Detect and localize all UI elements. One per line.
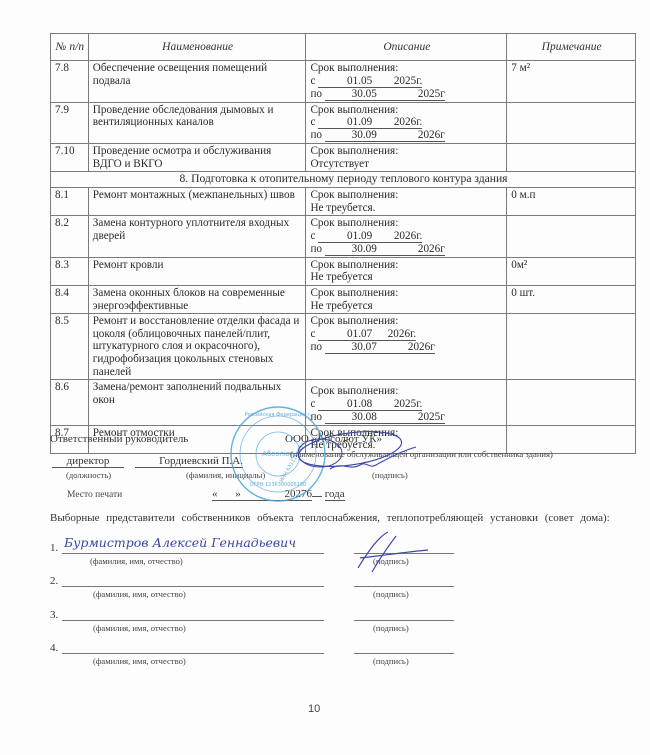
section-header-row: 8. Подготовка к отопительному периоду те… xyxy=(51,172,636,188)
row-num: 8.5 xyxy=(51,314,89,380)
from-prefix: с xyxy=(310,328,315,340)
row-name: Проведение обследования дымовых и вентил… xyxy=(88,102,306,144)
rep-2-num: 2. xyxy=(50,575,58,587)
works-table: № п/п Наименование Описание Примечание 7… xyxy=(50,33,636,454)
to-date: 30.05 xyxy=(325,89,377,101)
from-suffix: г. xyxy=(416,117,422,129)
from-suffix: г. xyxy=(416,231,422,243)
desc-label: Срок выполнения: xyxy=(310,62,503,75)
row-description: Срок выполнения: с 01.052025г. по 30.052… xyxy=(306,61,507,103)
date-from: с 01.092026г. xyxy=(310,116,503,129)
to-date: 30.09 xyxy=(325,244,377,256)
from-prefix: с xyxy=(310,398,315,410)
desc-label: Срок выполнения: xyxy=(310,189,503,202)
desc-text: Не треубется. xyxy=(310,202,503,215)
row-name: Замена оконных блоков на современные эне… xyxy=(88,285,306,313)
row-num: 8.6 xyxy=(51,380,89,426)
rep-1-num: 1. xyxy=(50,542,58,554)
table-row: 8.3 Ремонт кровли Срок выполнения: Не тр… xyxy=(51,257,636,285)
table-row: 8.1 Ремонт монтажных (межпанельных) швов… xyxy=(51,187,636,215)
rep-3-name-line xyxy=(62,620,324,621)
row-num: 7.10 xyxy=(51,144,89,172)
table-header: № п/п Наименование Описание Примечание xyxy=(51,34,636,61)
rep-2-name-line xyxy=(62,586,324,587)
row-note: 0м² xyxy=(507,257,636,285)
row-description: Срок выполнения: Не требуется xyxy=(306,285,507,313)
date-suffix: года xyxy=(325,489,345,501)
row-num: 7.8 xyxy=(51,61,89,103)
desc-label: Срок выполнения: xyxy=(310,385,503,398)
to-year: 2026г xyxy=(377,342,435,354)
person-caption: (фамилия, инициалы) xyxy=(186,470,265,480)
date-to: по 30.072026г xyxy=(310,341,503,354)
row-name: Замена контурного уплотнителя входных дв… xyxy=(88,216,306,258)
from-year: 2025 xyxy=(372,76,416,88)
table-row: 7.8 Обеспечение освещения помещений подв… xyxy=(51,61,636,103)
to-date: 30.09 xyxy=(325,130,377,142)
date-from: с 01.092026г. xyxy=(310,230,503,243)
rep-3-name-caption: (фамилия, имя, отчество) xyxy=(93,623,186,633)
row-note: 0 шт. xyxy=(507,285,636,313)
date-close-quote: » xyxy=(234,489,242,501)
date-to: по 30.092026г xyxy=(310,243,503,256)
rep-4-num: 4. xyxy=(50,642,58,654)
to-date: 30.08 xyxy=(325,412,377,424)
date-to: по 30.082025г xyxy=(310,411,503,424)
row-num: 8.2 xyxy=(51,216,89,258)
rep-4-name-caption: (фамилия, имя, отчество) xyxy=(93,656,186,666)
header-num: № п/п xyxy=(51,34,89,61)
to-prefix: по xyxy=(310,129,322,141)
rep-3-num: 3. xyxy=(50,609,58,621)
date-from: с 01.052025г. xyxy=(310,75,503,88)
to-year: 2025г xyxy=(377,412,445,424)
row-note: 0 м.п xyxy=(507,187,636,215)
table-row: 8.2 Замена контурного уплотнителя входны… xyxy=(51,216,636,258)
desc-text: Отсутствует xyxy=(310,158,503,171)
from-suffix: г. xyxy=(416,399,422,411)
from-year: 2025 xyxy=(372,399,416,411)
row-description: Срок выполнения: Отсутствует xyxy=(306,144,507,172)
date-from: с 01.082025г. xyxy=(310,398,503,411)
date-gap xyxy=(312,496,322,497)
rep-1-handwritten-name: Бурмистров Алексей Геннадьевич xyxy=(64,535,296,550)
page-number: 10 xyxy=(308,703,320,715)
to-prefix: по xyxy=(310,411,322,423)
position-line: директор xyxy=(52,455,124,468)
to-prefix: по xyxy=(310,243,322,255)
table-row: 8.6 Замена/ремонт заполнений подвальных … xyxy=(51,380,636,426)
row-name: Замена/ремонт заполнений подвальных окон xyxy=(88,380,306,426)
to-year: 2025г xyxy=(377,89,445,101)
date-to: по 30.052025г xyxy=(310,88,503,101)
row-note xyxy=(507,102,636,144)
row-description: Срок выполнения: с 01.082025г. по 30.082… xyxy=(306,380,507,426)
rep-1-signature-icon xyxy=(350,528,430,578)
row-note xyxy=(507,216,636,258)
date-year: 20276 xyxy=(242,489,312,501)
table-row: 8.4 Замена оконных блоков на современные… xyxy=(51,285,636,313)
row-description: Срок выполнения: Не требуется xyxy=(306,257,507,285)
table-row: 8.5 Ремонт и восстановление отделки фаса… xyxy=(51,314,636,380)
from-year: 2026 xyxy=(372,117,416,129)
position-caption: (должность) xyxy=(66,470,111,480)
desc-label: Срок выполнения: xyxy=(310,315,503,328)
from-date: 01.09 xyxy=(318,117,372,129)
desc-text: Не требуется xyxy=(310,271,503,284)
stamp-place-label: Место печати xyxy=(67,490,122,500)
to-year: 2026г xyxy=(377,244,445,256)
desc-text: Не требуется xyxy=(310,300,503,313)
document-page: № п/п Наименование Описание Примечание 7… xyxy=(0,0,650,755)
row-note xyxy=(507,380,636,426)
row-description: Срок выполнения: Не треубется. xyxy=(306,187,507,215)
row-name: Ремонт монтажных (межпанельных) швов xyxy=(88,187,306,215)
rep-4-name-line xyxy=(62,653,324,654)
from-suffix: г. xyxy=(416,76,422,88)
from-year: 2026 xyxy=(372,231,416,243)
row-num: 8.1 xyxy=(51,187,89,215)
header-name: Наименование xyxy=(88,34,306,61)
table-row: 7.10 Проведение осмотра и обслуживания В… xyxy=(51,144,636,172)
date-to: по 30.092026г xyxy=(310,129,503,142)
from-year: 2026г. xyxy=(372,329,416,341)
row-num: 8.3 xyxy=(51,257,89,285)
rep-4-sign-line xyxy=(354,653,454,654)
rep-1-name-line xyxy=(62,553,324,554)
desc-label: Срок выполнения: xyxy=(310,104,503,117)
row-note: 7 м² xyxy=(507,61,636,103)
row-description: Срок выполнения: с 01.072026г. по 30.072… xyxy=(306,314,507,380)
desc-label: Срок выполнения: xyxy=(310,217,503,230)
from-date: 01.08 xyxy=(318,399,372,411)
row-description: Срок выполнения: с 01.092026г. по 30.092… xyxy=(306,102,507,144)
row-num: 7.9 xyxy=(51,102,89,144)
responsible-label: Ответственный руководитель xyxy=(50,433,188,445)
from-prefix: с xyxy=(310,116,315,128)
section-8-title: 8. Подготовка к отопительному периоду те… xyxy=(51,172,636,188)
from-date: 01.09 xyxy=(318,231,372,243)
row-name: Проведение осмотра и обслуживания ВДГО и… xyxy=(88,144,306,172)
from-date: 01.07 xyxy=(318,329,372,341)
header-note: Примечание xyxy=(507,34,636,61)
person-name: Гордиевский П.А. xyxy=(135,456,243,468)
row-name: Ремонт кровли xyxy=(88,257,306,285)
rep-2-sign-line xyxy=(354,586,454,587)
to-prefix: по xyxy=(310,341,322,353)
desc-label: Срок выполнения: xyxy=(310,145,503,158)
row-name: Обеспечение освещения помещений подвала xyxy=(88,61,306,103)
sign-date: «»20276 года xyxy=(212,488,345,501)
rep-2-name-caption: (фамилия, имя, отчество) xyxy=(93,589,186,599)
row-note xyxy=(507,314,636,380)
table-row: 7.9 Проведение обследования дымовых и ве… xyxy=(51,102,636,144)
to-year: 2026г xyxy=(377,130,445,142)
row-num: 8.4 xyxy=(51,285,89,313)
header-description: Описание xyxy=(306,34,507,61)
position-value: директор xyxy=(52,456,124,468)
from-prefix: с xyxy=(310,75,315,87)
to-prefix: по xyxy=(310,88,322,100)
rep-4-sign-caption: (подпись) xyxy=(373,656,409,666)
desc-label: Срок выполнения: xyxy=(310,287,503,300)
rep-3-sign-caption: (подпись) xyxy=(373,623,409,633)
row-description: Срок выполнения: с 01.092026г. по 30.092… xyxy=(306,216,507,258)
rep-2-sign-caption: (подпись) xyxy=(373,589,409,599)
date-from: с 01.072026г. xyxy=(310,328,503,341)
to-date: 30.07 xyxy=(325,342,377,354)
from-prefix: с xyxy=(310,230,315,242)
rep-1-name-caption: (фамилия, имя, отчество) xyxy=(90,556,183,566)
person-name-line: Гордиевский П.А. xyxy=(135,455,243,468)
rep-3-sign-line xyxy=(354,620,454,621)
row-name: Ремонт и восстановление отделки фасада и… xyxy=(88,314,306,380)
desc-label: Срок выполнения: xyxy=(310,259,503,272)
manager-signature-icon xyxy=(290,425,420,480)
representatives-text: Выборные представители собственников объ… xyxy=(50,512,636,525)
from-date: 01.05 xyxy=(318,76,372,88)
row-note xyxy=(507,144,636,172)
date-open-quote: « xyxy=(212,489,234,501)
